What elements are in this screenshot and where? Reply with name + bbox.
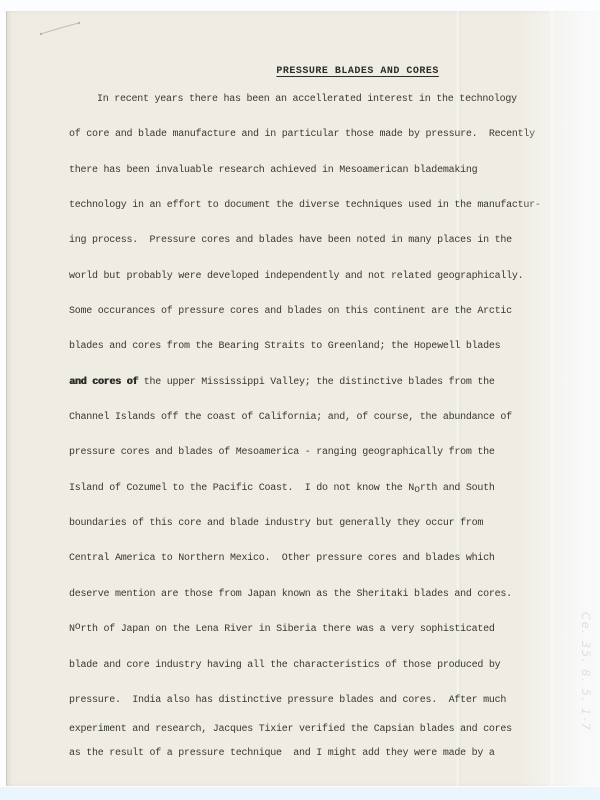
text-line: Central America to Northern Mexico. Othe… xyxy=(69,541,569,576)
text-line: ing process. Pressure cores and blades h… xyxy=(69,223,569,258)
scan-edge-strip xyxy=(0,787,600,800)
pencil-mark xyxy=(37,17,89,41)
text-line: of core and blade manufacture and in par… xyxy=(69,117,569,152)
text-line: experiment and research, Jacques Tixier … xyxy=(69,718,569,742)
text-line: Island of Cozumel to the Pacific Coast. … xyxy=(69,471,569,506)
catalog-number-annotation: Ce. 35. 8. 5. 1-7 xyxy=(579,612,593,732)
text-line: Some occurances of pressure cores and bl… xyxy=(69,294,569,329)
text-line: as the result of a pressure technique an… xyxy=(69,742,569,766)
text-line: there has been invaluable research achie… xyxy=(69,153,569,188)
text-line: world but probably were developed indepe… xyxy=(69,259,569,294)
document-body: In recent years there has been an accell… xyxy=(69,82,569,765)
text-line: In recent years there has been an accell… xyxy=(69,82,569,117)
text-line: pressure cores and blades of Mesoamerica… xyxy=(69,435,569,470)
text-line: boundaries of this core and blade indust… xyxy=(69,506,569,541)
text-line: and cores of the upper Mississippi Valle… xyxy=(69,365,569,400)
document-paper: PRESSURE BLADES AND CORES In recent year… xyxy=(6,11,600,786)
text-line: pressure. India also has distinctive pre… xyxy=(69,683,569,718)
text-line: blades and cores from the Bearing Strait… xyxy=(69,329,569,364)
text-line: Channel Islands off the coast of Califor… xyxy=(69,400,569,435)
document-title: PRESSURE BLADES AND CORES xyxy=(276,66,439,77)
text-line: blade and core industry having all the c… xyxy=(69,648,569,683)
text-line: North of Japan on the Lena River in Sibe… xyxy=(69,612,569,647)
text-line: deserve mention are those from Japan kno… xyxy=(69,577,569,612)
text-line: technology in an effort to document the … xyxy=(69,188,569,223)
